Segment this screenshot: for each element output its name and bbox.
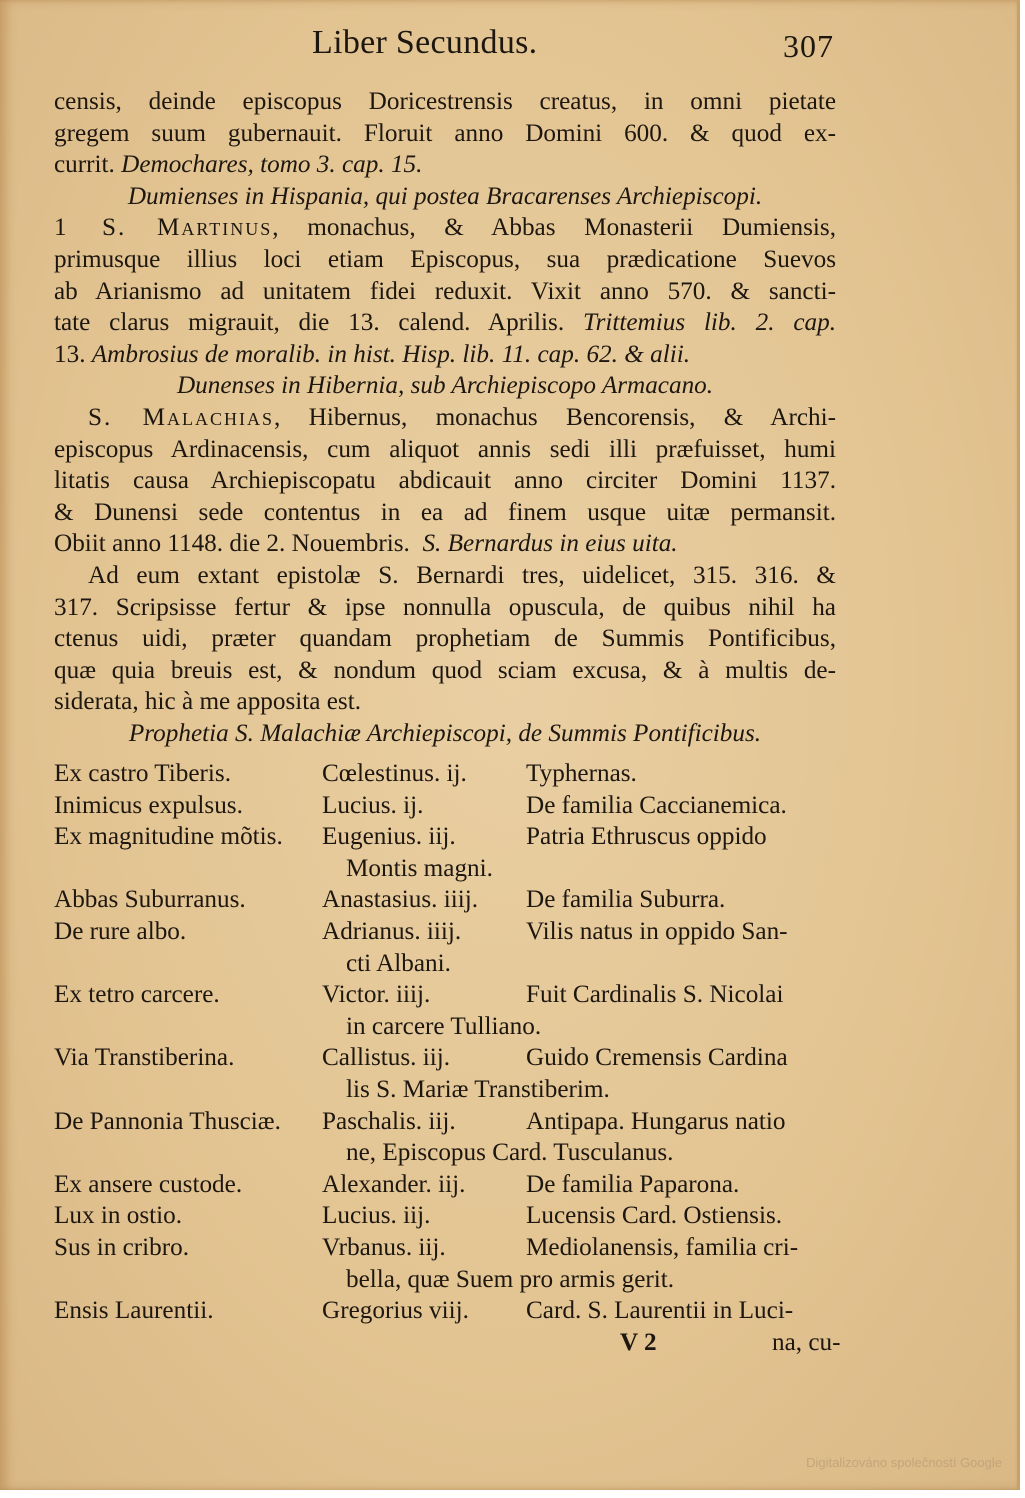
table-row: Ensis Laurentii.Gregorius viij.Card. S. … [54,1295,844,1327]
text-line: Ad eum extant epistolæ S. Bernardi tres,… [54,560,836,592]
text-line: ab Arianismo ad unitatem fidei reduxit. … [54,276,836,308]
text-line: gregem suum gubernauit. Floruit anno Dom… [54,118,836,150]
pope: Paschalis. iij. [322,1106,456,1138]
pope: Cœlestinus. ij. [322,758,467,790]
digitization-watermark: Digitalizováno společností Google [806,1455,1002,1470]
motto: Ensis Laurentii. [54,1295,214,1327]
pope: Lucius. iij. [322,1200,430,1232]
table-row: De Pannonia Thusciæ.Paschalis. iij.Antip… [54,1106,844,1138]
note: Typhernas. [526,758,637,790]
text-line: & Dunensi sede contentus in ea ad finem … [54,497,836,529]
pope: Adrianus. iiij. [322,916,461,948]
pope: Alexander. iij. [322,1169,465,1201]
citation: Demochares, tomo 3. cap. 15. [121,151,422,178]
book-page: Liber Secundus. 307 censis, deinde episc… [0,0,1020,1490]
prophecy-heading: Prophetia S. Malachiæ Archiepiscopi, de … [54,718,836,750]
motto: Ex ansere custode. [54,1169,242,1201]
motto: Inimicus expulsus. [54,790,243,822]
text-line: 13. Ambrosius de moralib. in hist. Hisp.… [54,339,836,371]
note-continuation: lis S. Mariæ Transtiberim. [346,1074,610,1106]
table-row-continuation: in carcere Tulliano. [54,1011,844,1043]
prophecy-table: Ex castro Tiberis.Cœlestinus. ij.Typhern… [54,758,844,1358]
text-fragment: , Hibernus, monachus Bencorensis, & Arch… [274,404,836,431]
catchword: na, cu- [772,1327,841,1359]
page-footer: V 2 na, cu- [54,1327,844,1359]
table-row: Via Transtiberina.Callistus. iij.Guido C… [54,1042,844,1074]
page-number: 307 [783,28,834,65]
table-row-continuation: bella, quæ Suem pro armis gerit. [54,1264,844,1296]
note: De familia Suburra. [526,884,725,916]
pope: Anastasius. iiij. [322,884,478,916]
motto: Abbas Suburranus. [54,884,246,916]
text-line: ctenus uidi, præter quandam prophetiam d… [54,623,836,655]
text-line: Obiit anno 1148. die 2. Nouembris. S. Be… [54,528,836,560]
table-row-continuation: lis S. Mariæ Transtiberim. [54,1074,844,1106]
motto: Lux in ostio. [54,1200,182,1232]
note: Lucensis Card. Ostiensis. [526,1200,782,1232]
entry-number: 1 [54,212,102,244]
table-row: Abbas Suburranus.Anastasius. iiij.De fam… [54,884,844,916]
text-line: episcopus Ardinacensis, cum aliquot anni… [54,434,836,466]
text-line: primusque illius loci etiam Episcopus, s… [54,244,836,276]
table-row: De rure albo.Adrianus. iiij.Vilis natus … [54,916,844,948]
pope: Callistus. iij. [322,1042,450,1074]
note-continuation: cti Albani. [346,948,451,980]
text-line: currit. Demochares, tomo 3. cap. 15. [54,149,836,181]
pope: Eugenius. iij. [322,821,456,853]
note: Card. S. Laurentii in Luci- [526,1295,793,1327]
text-line: S. Malachias, Hibernus, monachus Bencore… [54,402,836,434]
motto: Sus in cribro. [54,1232,189,1264]
note-continuation: in carcere Tulliano. [346,1011,541,1043]
signature-mark: V 2 [620,1327,657,1359]
note: Fuit Cardinalis S. Nicolai [526,979,783,1011]
section-heading: Dunenses in Hibernia, sub Archiepiscopo … [54,370,836,402]
pope: Gregorius viij. [322,1295,469,1327]
motto: Ex tetro carcere. [54,979,220,1011]
note: Mediolanensis, familia cri- [526,1232,798,1264]
note-continuation: ne, Episcopus Card. Tusculanus. [346,1137,673,1169]
note-continuation: Montis magni. [346,853,493,885]
saint-name: S. Martinus [102,214,272,241]
motto: Ex magnitudine mõtis. [54,821,283,853]
motto: Via Transtiberina. [54,1042,234,1074]
pope: Victor. iiij. [322,979,430,1011]
saint-name: S. Malachias [88,404,274,431]
text-fragment: Obiit anno 1148. die 2. Nouembris. [54,530,410,557]
note-continuation: bella, quæ Suem pro armis gerit. [346,1264,674,1296]
table-row: Lux in ostio.Lucius. iij.Lucensis Card. … [54,1200,844,1232]
table-row-continuation: cti Albani. [54,948,844,980]
motto: De Pannonia Thusciæ. [54,1106,281,1138]
text-line: siderata, hic à me apposita est. [54,686,836,718]
table-row: Ex tetro carcere.Victor. iiij.Fuit Cardi… [54,979,844,1011]
body-text: censis, deinde episcopus Doricestrensis … [54,86,836,749]
note: De familia Caccianemica. [526,790,787,822]
note: Antipapa. Hungarus natio [526,1106,786,1138]
table-row: Ex magnitudine mõtis.Eugenius. iij.Patri… [54,821,844,853]
pope: Vrbanus. iij. [322,1232,446,1264]
pope: Lucius. ij. [322,790,423,822]
text-fragment: , monachus, & Abbas Monasterii Dumiensis… [272,214,836,241]
citation: Trittemius lib. 2. cap. [583,309,836,336]
table-row: Inimicus expulsus.Lucius. ij.De familia … [54,790,844,822]
motto: Ex castro Tiberis. [54,758,231,790]
text-line: quæ quia breuis est, & nondum quod sciam… [54,655,836,687]
table-row: Ex ansere custode.Alexander. iij.De fami… [54,1169,844,1201]
text-line: censis, deinde episcopus Doricestrensis … [54,86,836,118]
table-row-continuation: ne, Episcopus Card. Tusculanus. [54,1137,844,1169]
citation: Ambrosius de moralib. in hist. Hisp. lib… [92,341,690,368]
text-line: 317. Scripsisse fertur & ipse nonnulla o… [54,592,836,624]
table-row-continuation: Montis magni. [54,853,844,885]
motto: De rure albo. [54,916,186,948]
text-fragment: currit. [54,151,115,178]
text-line: tate clarus migrauit, die 13. calend. Ap… [54,307,836,339]
note: Patria Ethruscus oppido [526,821,767,853]
note: Vilis natus in oppido San- [526,916,788,948]
running-title: Liber Secundus. [312,24,537,62]
text-fragment: tate clarus migrauit, die 13. calend. Ap… [54,309,564,336]
citation: S. Bernardus in eius uita. [422,530,677,557]
text-line: litatis causa Archiepiscopatu abdicauit … [54,465,836,497]
text-line: 1S. Martinus, monachus, & Abbas Monaster… [54,212,836,244]
table-row: Ex castro Tiberis.Cœlestinus. ij.Typhern… [54,758,844,790]
section-heading: Dumienses in Hispania, qui postea Bracar… [54,181,836,213]
note: Guido Cremensis Cardina [526,1042,788,1074]
text-fragment: 13. [54,341,85,368]
table-row: Sus in cribro.Vrbanus. iij.Mediolanensis… [54,1232,844,1264]
note: De familia Paparona. [526,1169,739,1201]
page-header: Liber Secundus. 307 [54,24,834,70]
